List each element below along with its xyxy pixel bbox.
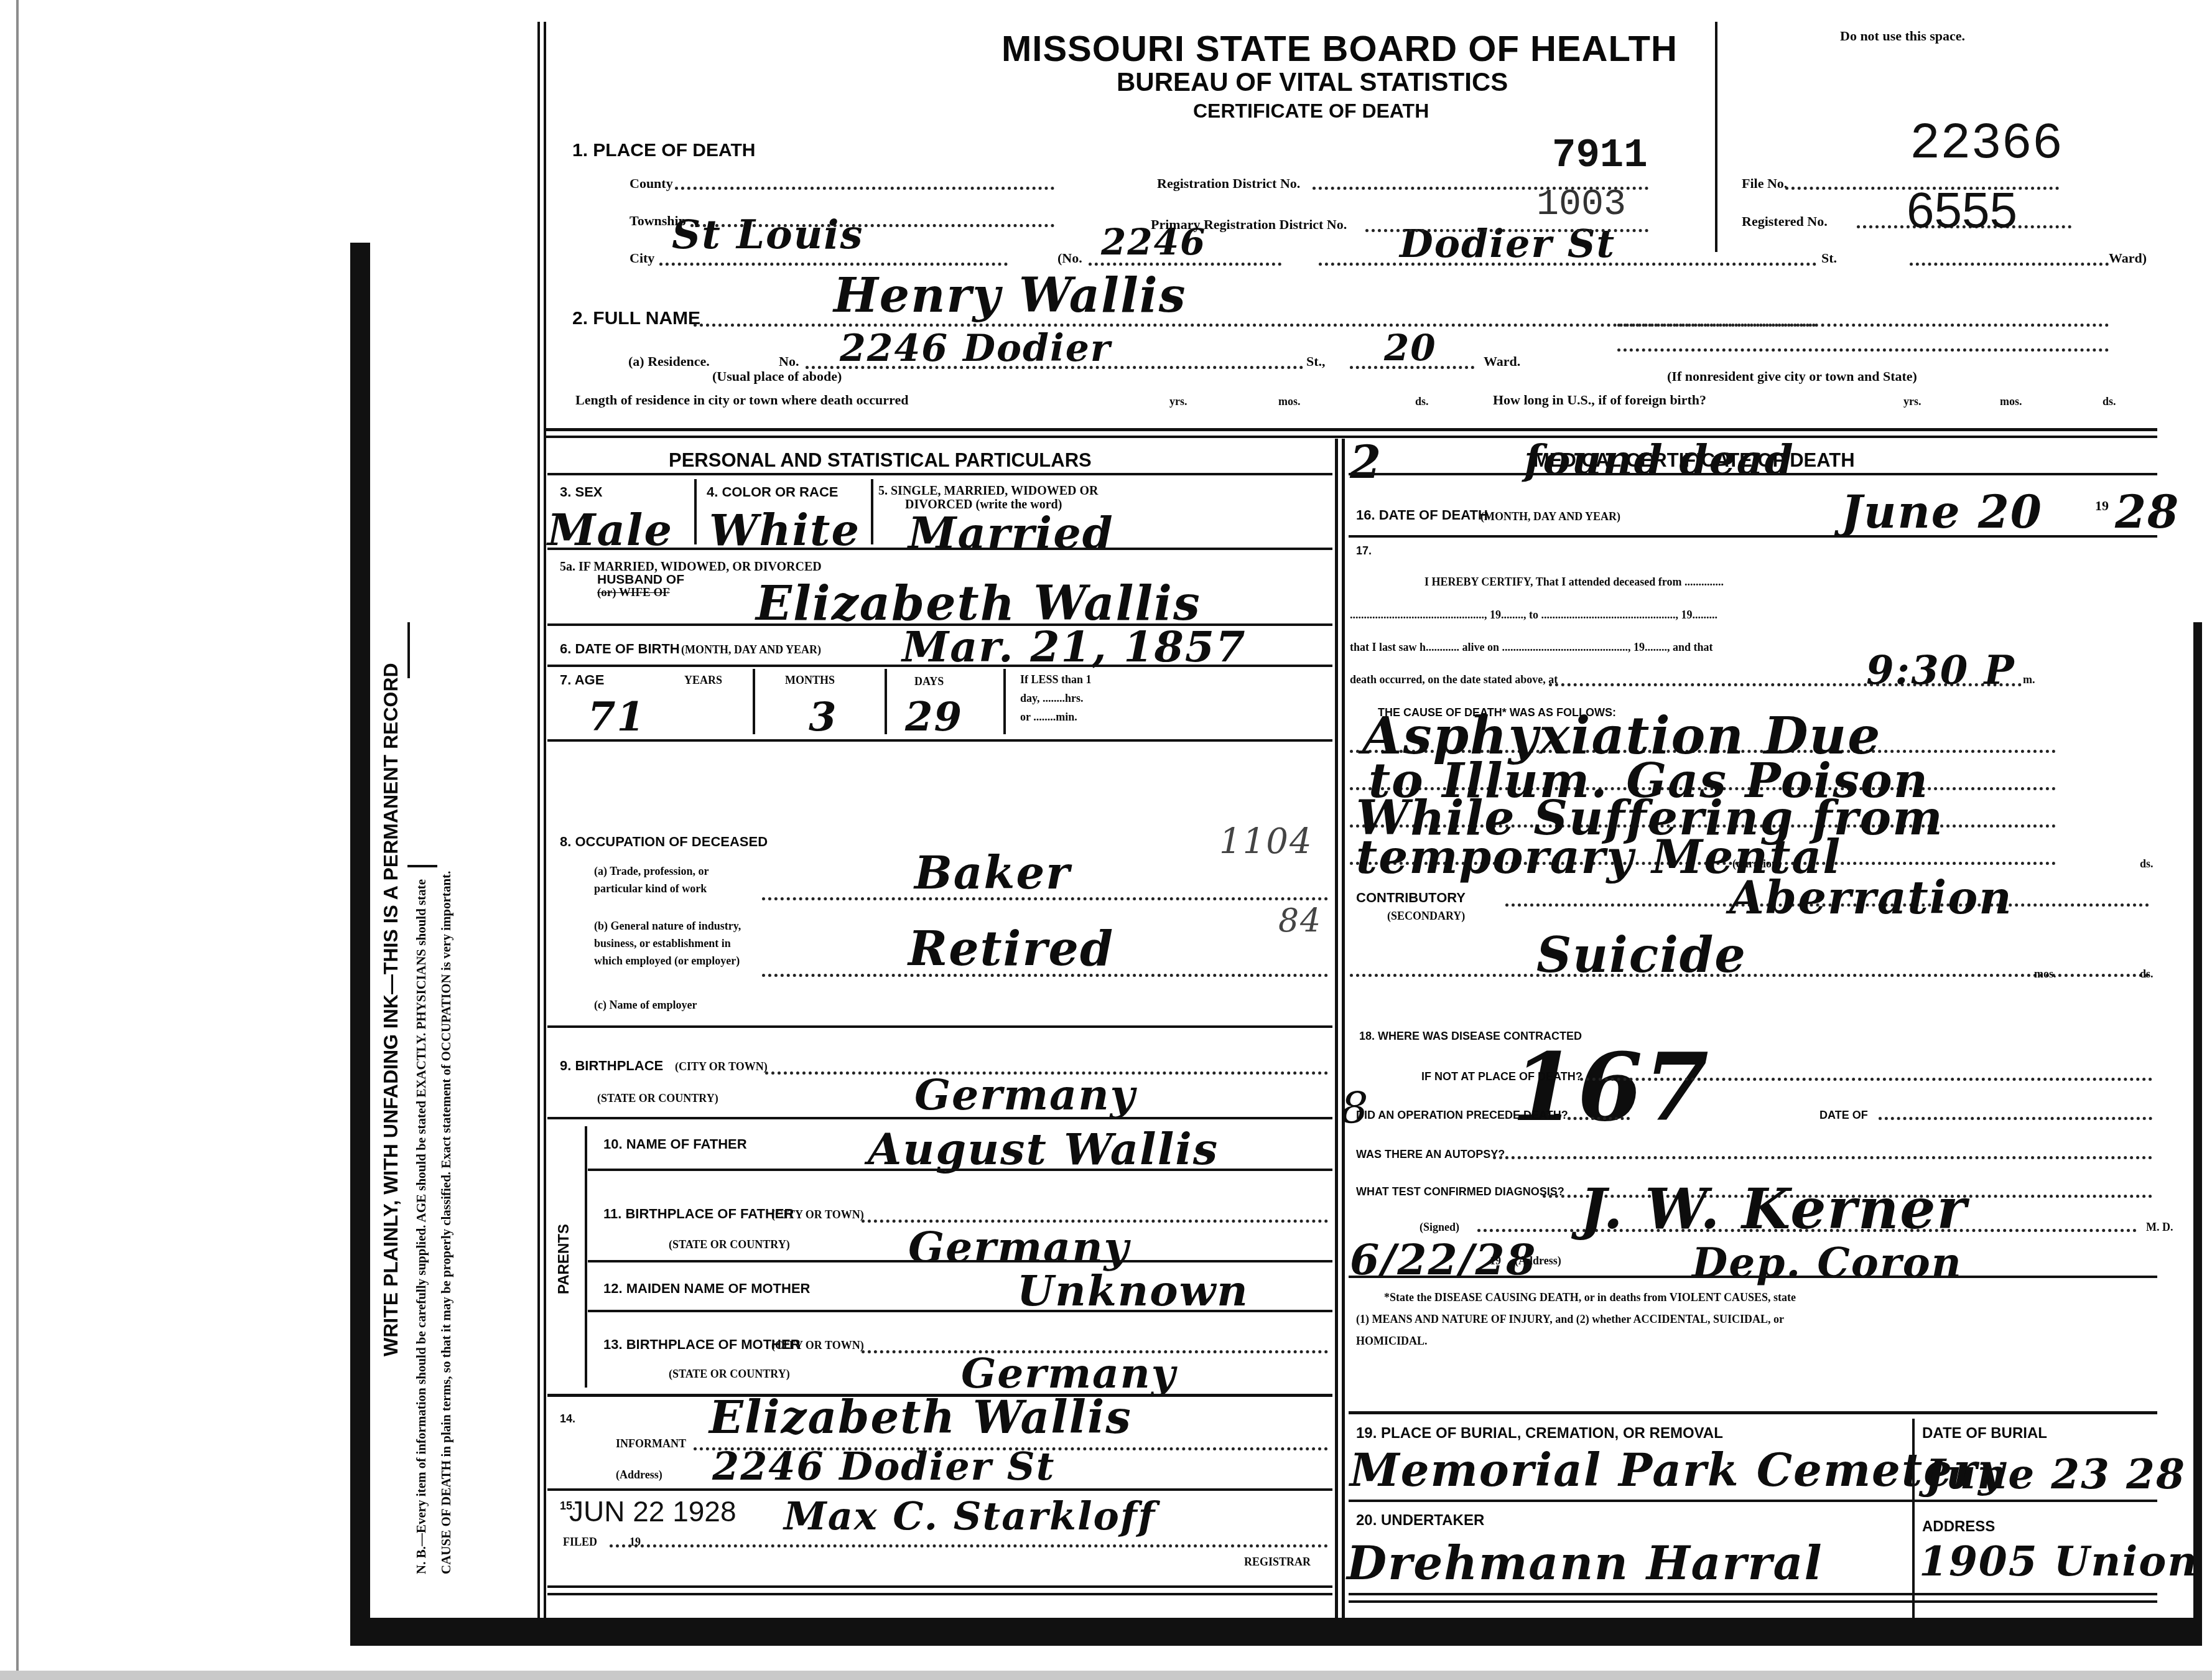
form-left-border-inner	[544, 22, 546, 1621]
nonresident-note: (If nonresident give city or town and St…	[1667, 368, 1917, 385]
race-marital-divider	[871, 479, 873, 544]
occ-b-line2: business, or establishment in	[594, 937, 731, 950]
item-17: 17.	[1356, 544, 1372, 558]
side-mark: 8	[1341, 1083, 1370, 1134]
margin-write-plainly: WRITE PLAINLY, WITH UNFADING INK—THIS IS…	[379, 663, 402, 1356]
certify-line-4: death occurred, on the date stated above…	[1350, 673, 1558, 686]
operation-field[interactable]	[1568, 1117, 1630, 1120]
birthplace-label: 9. BIRTHPLACE	[560, 1058, 663, 1074]
burial-place-value: Memorial Park Cemetery	[1350, 1444, 2005, 1496]
rule-after-father-name	[588, 1169, 1332, 1171]
county-label: County	[630, 175, 673, 192]
how-long-yrs: yrs.	[1903, 395, 1922, 408]
informant-address-value: 2246 Dodier St	[712, 1444, 1055, 1489]
father-birthplace-value: Germany	[908, 1223, 1130, 1272]
primary-reg-district-stamp: 1003	[1536, 184, 1626, 226]
rule-after-informant	[547, 1488, 1332, 1491]
race-label: 4. COLOR OR RACE	[707, 484, 838, 500]
autopsy-label: WAS THERE AN AUTOPSY?	[1356, 1148, 1505, 1161]
residence-ward-label: Ward.	[1484, 353, 1520, 370]
father-birthplace-city-label: (CITY OR TOWN)	[771, 1208, 864, 1221]
date-of-label: DATE OF	[1819, 1109, 1868, 1122]
bottom-thick-band	[350, 1618, 2202, 1646]
rule-after-medical-heading	[1349, 473, 2157, 475]
contributory-mos: mos.	[2034, 968, 2056, 981]
ward-label-top: Ward)	[2109, 250, 2147, 266]
residence-st-label: St.,	[1306, 353, 1326, 370]
residence-value: 2246 Dodier	[840, 327, 1111, 370]
section-divider-top	[546, 428, 2157, 431]
burial-date-value: June 23 28	[1925, 1450, 2186, 1498]
age-label: 7. AGE	[560, 672, 604, 688]
personal-heading: PERSONAL AND STATISTICAL PARTICULARS	[669, 449, 1092, 472]
right-border	[2193, 622, 2202, 1646]
registrar-label: REGISTRAR	[1244, 1556, 1311, 1569]
test-label: WHAT TEST CONFIRMED DIAGNOSIS?	[1356, 1185, 1564, 1198]
age-years-divider	[753, 669, 755, 734]
certify-line-2: ........................................…	[1350, 609, 1717, 622]
form-name: CERTIFICATE OF DEATH	[1193, 100, 1429, 123]
signed-value: J. W. Kerner	[1580, 1176, 1968, 1242]
burial-place-label: 19. PLACE OF BURIAL, CREMATION, OR REMOV…	[1356, 1425, 1723, 1442]
dod-nineteen: 19	[2095, 498, 2109, 514]
undertaker-label: 20. UNDERTAKER	[1356, 1512, 1484, 1529]
city-value: St Louis	[672, 212, 864, 258]
occ-a-line1: (a) Trade, profession, or	[594, 865, 709, 878]
occ-c-label: (c) Name of employer	[594, 999, 697, 1012]
signed-label: (Signed)	[1420, 1221, 1459, 1234]
age-days-label: DAYS	[914, 675, 944, 688]
doctor-address-label: (Address)	[1515, 1254, 1561, 1267]
column-divider-left	[1335, 439, 1338, 1618]
if-not-field[interactable]	[1580, 1078, 2152, 1081]
how-long-mos: mos.	[2000, 395, 2022, 408]
how-long-label: How long in U.S., if of foreign birth?	[1493, 392, 1706, 408]
birthplace-value: Germany	[914, 1070, 1136, 1120]
form-title: MISSOURI STATE BOARD OF HEALTH	[1001, 28, 1678, 70]
time-suffix: m.	[2023, 673, 2035, 686]
footnote-line-2: (1) MEANS AND NATURE OF INJURY, and (2) …	[1356, 1313, 1784, 1326]
contributory-label: CONTRIBUTORY	[1356, 890, 1466, 906]
rule-after-father-birthplace	[588, 1260, 1332, 1262]
file-no-stamp: 22366	[1910, 115, 2063, 173]
rule-bottom-right-2	[1349, 1600, 2157, 1603]
footnote-line-1: *State the DISEASE CAUSING DEATH, or in …	[1384, 1291, 1796, 1304]
rule-after-signature	[1349, 1276, 2157, 1278]
age-months-value: 3	[809, 694, 838, 740]
dod-value: June 20	[1841, 485, 2043, 538]
registered-no-stamp: 6555	[1907, 182, 2017, 239]
length-yrs: yrs.	[1169, 395, 1187, 408]
rule-after-personal-heading	[547, 473, 1332, 475]
mother-maiden-value: Unknown	[1017, 1266, 1249, 1316]
age-days-divider	[1003, 669, 1006, 734]
rule-after-occupation	[547, 1025, 1332, 1028]
suicide-value: Suicide	[1536, 927, 1747, 984]
page-bottom-shadow	[0, 1671, 2212, 1680]
spouse-label-3: (or) WIFE OF	[597, 586, 670, 600]
rule-bottom-left-2	[547, 1593, 1332, 1595]
sign-nineteen: 19	[1490, 1254, 1501, 1267]
residence-extra-field-1[interactable]	[1617, 348, 2109, 352]
undertaker-value: Drehmann Harral	[1347, 1537, 1823, 1590]
residence-label: (a) Residence.	[628, 353, 710, 370]
autopsy-field[interactable]	[1493, 1156, 2152, 1159]
ward-field[interactable]	[1910, 263, 2109, 266]
operation-label: DID AN OPERATION PRECEDE DEATH?	[1356, 1109, 1568, 1122]
mother-birthplace-state-label: (STATE OR COUNTRY)	[669, 1368, 790, 1381]
street-value: Dodier St	[1400, 221, 1615, 266]
md-label: M. D.	[2146, 1221, 2173, 1234]
filed-label: FILED	[563, 1536, 597, 1549]
header-divider	[1715, 22, 1717, 252]
margin-tick-mark	[407, 865, 437, 867]
rule-after-sex-row	[547, 548, 1332, 550]
rule-after-age	[547, 739, 1332, 742]
occ-b-line3: which employed (or employer)	[594, 954, 740, 968]
residence-extra-field-2[interactable]	[1617, 324, 2109, 327]
full-name-value: Henry Wallis	[834, 268, 1186, 323]
length-residence-label: Length of residence in city or town wher…	[575, 392, 908, 408]
undertaker-address-label: ADDRESS	[1922, 1518, 1995, 1536]
if-not-label: IF NOT AT PLACE OF DEATH?	[1421, 1070, 1582, 1083]
father-name-value: August Wallis	[868, 1123, 1219, 1175]
spouse-label-2: HUSBAND OF	[597, 572, 684, 587]
parents-bracket	[585, 1126, 587, 1388]
rule-after-burial	[1349, 1500, 2157, 1502]
birthplace-sublabel: (CITY OR TOWN)	[675, 1060, 768, 1073]
undertaker-address-value: 1905 Union	[1919, 1537, 2198, 1585]
father-name-label: 10. NAME OF FATHER	[603, 1136, 747, 1152]
place-of-death-heading: 1. PLACE OF DEATH	[572, 140, 755, 161]
age-years-label: YEARS	[684, 674, 722, 687]
age-months-divider	[885, 669, 887, 734]
county-field[interactable]	[675, 187, 1054, 190]
rule-before-burial	[1349, 1411, 2157, 1414]
filed-stamp-date: JUN 22 1928	[569, 1495, 737, 1528]
city-label: City	[630, 250, 654, 266]
occ-b-value: Retired	[908, 921, 1114, 976]
rule-bottom-right-1	[1349, 1593, 2157, 1595]
doctor-address-value: Dep. Coron	[1692, 1238, 1963, 1287]
dod-sublabel: (MONTH, DAY AND YEAR)	[1480, 510, 1620, 523]
or-min-label: or ........min.	[1020, 711, 1077, 724]
age-years-value: 71	[588, 694, 646, 740]
column-divider-right	[1342, 439, 1345, 1618]
father-birthplace-state-label: (STATE OR COUNTRY)	[669, 1238, 790, 1251]
sex-race-divider	[694, 479, 697, 544]
dod-year: 28	[2115, 485, 2180, 538]
parents-side-label: PARENTS	[555, 1224, 573, 1294]
time-of-death-value: 9:30 P	[1866, 647, 2015, 694]
st-label: St.	[1821, 250, 1837, 266]
how-long-ds: ds.	[2103, 395, 2116, 408]
page-left-edge	[16, 0, 19, 1671]
certify-line-1: I HEREBY CERTIFY, That I attended deceas…	[1424, 576, 1724, 589]
contributory-value: Aberration	[1729, 871, 2013, 924]
dob-label: 6. DATE OF BIRTH	[560, 641, 680, 657]
left-thick-bar	[350, 243, 370, 1646]
burial-date-label: DATE OF BURIAL	[1922, 1425, 2047, 1442]
informant-label: INFORMANT	[616, 1437, 686, 1450]
occupation-heading: 8. OCCUPATION OF DECEASED	[560, 834, 768, 850]
length-ds: ds.	[1415, 395, 1429, 408]
less-than-1-label: If LESS than 1	[1020, 673, 1092, 686]
occ-code-mark: 1104	[1219, 821, 1313, 862]
street-no-label: (No.	[1057, 250, 1082, 266]
dob-sublabel: (MONTH, DAY AND YEAR)	[681, 643, 821, 656]
occ-code-mark-2: 84	[1278, 902, 1322, 940]
informant-address-label: (Address)	[616, 1468, 662, 1482]
do-not-use-note: Do not use this space.	[1840, 28, 1965, 44]
footnote-line-3: HOMICIDAL.	[1356, 1335, 1428, 1348]
occ-a-line2: particular kind of work	[594, 882, 707, 895]
burial-column-divider	[1912, 1419, 1915, 1618]
day-hrs-label: day, ........hrs.	[1020, 692, 1084, 705]
margin-note-line2: CAUSE OF DEATH in plain terms, so that i…	[439, 871, 454, 1574]
informant-num: 14.	[560, 1412, 575, 1426]
birthplace-state-label: (STATE OR COUNTRY)	[597, 1092, 718, 1105]
rule-bottom-left-1	[547, 1585, 1332, 1588]
operation-date-field[interactable]	[1879, 1117, 2152, 1120]
rule-after-mother-maiden	[588, 1310, 1332, 1312]
dod-label: 16. DATE OF DEATH	[1356, 507, 1488, 523]
duration-label: (duration)	[1732, 857, 1782, 870]
certify-line-3: that I last saw h............ alive on .…	[1350, 641, 1713, 654]
rule-after-dod	[1349, 535, 2157, 538]
medical-mark: 2	[1350, 436, 1382, 488]
mother-maiden-label: 12. MAIDEN NAME OF MOTHER	[603, 1281, 810, 1297]
city-field[interactable]	[659, 263, 1008, 266]
length-mos: mos.	[1278, 395, 1301, 408]
occ-a-value: Baker	[914, 846, 1071, 899]
filed-nineteen: 19	[630, 1536, 641, 1549]
form-left-border-outer	[537, 22, 540, 1621]
form-subtitle: BUREAU OF VITAL STATISTICS	[1117, 67, 1508, 97]
rule-after-dob	[547, 665, 1332, 667]
reg-district-stamp: 7911	[1552, 134, 1648, 179]
father-birthplace-label: 11. BIRTHPLACE OF FATHER	[603, 1206, 794, 1222]
contributory-ds: ds.	[2140, 968, 2154, 981]
informant-value: Elizabeth Wallis	[709, 1391, 1132, 1444]
marital-value: Married	[908, 507, 1114, 559]
full-name-label: 2. FULL NAME	[572, 308, 700, 329]
file-no-label: File No.	[1742, 175, 1787, 192]
abode-note: (Usual place of abode)	[712, 368, 842, 385]
residence-ward-value: 20	[1384, 327, 1437, 369]
age-days-value: 29	[905, 694, 963, 740]
registrar-signature: Max C. Starkloff	[784, 1493, 1156, 1539]
age-months-label: MONTHS	[785, 674, 835, 687]
duration-ds: ds.	[2140, 857, 2154, 870]
secondary-label: (SECONDARY)	[1387, 910, 1465, 923]
found-dead-note: found dead	[1524, 436, 1795, 484]
reg-district-label: Registration District No.	[1157, 175, 1300, 192]
registered-no-label: Registered No.	[1742, 213, 1828, 230]
primary-reg-district-field[interactable]	[1365, 229, 1648, 232]
sex-label: 3. SEX	[560, 484, 602, 500]
residence-no-label: No.	[779, 353, 799, 370]
filed-field[interactable]	[610, 1544, 1328, 1547]
marital-label-1: 5. SINGLE, MARRIED, WIDOWED OR	[878, 484, 1099, 498]
contributory-field-2[interactable]	[1350, 974, 2149, 977]
primary-reg-district-label: Primary Registration District No.	[1151, 217, 1347, 233]
contracted-mark: 167	[1512, 1033, 1710, 1142]
occ-b-line1: (b) General nature of industry,	[594, 920, 741, 933]
mother-birthplace-city-label: (CITY OR TOWN)	[771, 1339, 864, 1352]
rule-after-birthplace	[547, 1117, 1332, 1119]
margin-note-line1: N. B.—Every item of information should b…	[414, 879, 429, 1574]
margin-bar-mark	[407, 622, 410, 678]
